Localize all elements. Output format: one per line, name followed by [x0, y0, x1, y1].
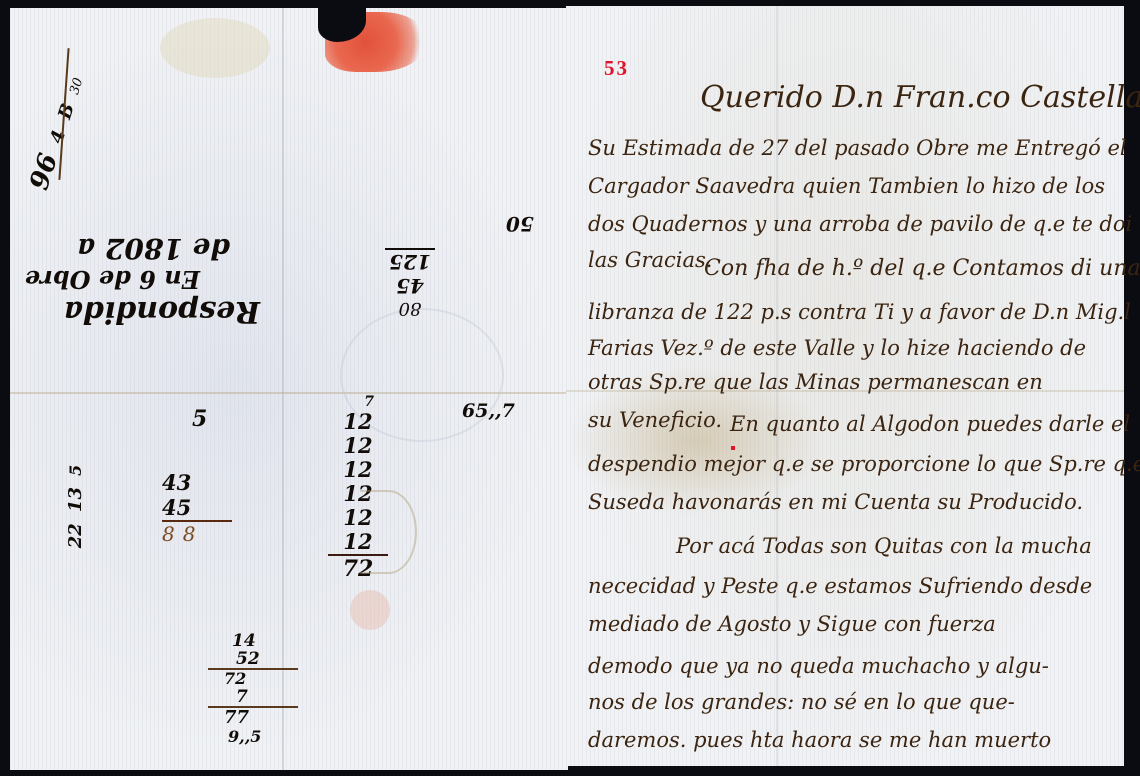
letter-line: las Gracias.	[588, 248, 712, 272]
mid-number: 5	[192, 406, 207, 432]
bottom-calculation: 14 52 72 7 77 9,,5	[208, 632, 298, 746]
docket-upside-down: Respondida En 6 de Obre de 1802 a	[20, 232, 260, 329]
side-mark: 50	[506, 212, 534, 236]
small-note: 65,,7	[462, 400, 515, 422]
letter-line: su Veneficio.	[588, 408, 722, 432]
letter-line: nececidad y Peste q.e estamos Sufriendo …	[588, 574, 1092, 598]
salutation: Querido D.n Fran.co Castellano	[700, 80, 1140, 115]
faint-curve-stroke	[360, 490, 417, 574]
red-stain	[350, 590, 390, 630]
folio-number: 53	[604, 56, 629, 81]
stain	[160, 18, 270, 78]
fraction-note: 22 13 5	[65, 465, 86, 548]
letter-line: Cargador Saavedra quien Tambien lo hizo …	[588, 174, 1105, 198]
letter-line: nos de los grandes: no sé en lo que que-	[588, 690, 1015, 714]
letter-line: Con fha de h.º del q.e Contamos di una	[704, 256, 1140, 281]
letter-line: Su Estimada de 27 del pasado Obre me Ent…	[588, 136, 1127, 160]
scan-border-right	[1124, 6, 1140, 776]
letter-line: En quanto al Algodon puedes darle el	[730, 412, 1130, 436]
letter-line: daremos. pues hta haora se me han muerto	[588, 728, 1051, 752]
letter-line: despendio mejor q.e se proporcione lo qu…	[588, 452, 1140, 476]
letter-line: libranza de 122 p.s contra Ti y a favor …	[588, 300, 1131, 324]
top-calculation: 80 45 125	[385, 248, 435, 319]
letter-line: demodo que ya no queda muchacho y algu-	[588, 654, 1049, 678]
red-mark	[731, 446, 735, 450]
letter-line: dos Quadernos y una arroba de pavilo de …	[588, 212, 1132, 236]
letter-line: Suseda havonarás en mi Cuenta su Produci…	[588, 490, 1083, 514]
letter-line: otras Sp.re que las Minas permanescan en	[588, 370, 1043, 394]
letter-line: Por acá Todas son Quitas con la mucha	[676, 534, 1092, 558]
sum-calculation: 43 45 88	[162, 470, 232, 546]
letter-line: Farias Vez.º de este Valle y lo hize hac…	[588, 336, 1086, 360]
letter-line: mediado de Agosto y Sigue con fuerza	[588, 612, 996, 636]
